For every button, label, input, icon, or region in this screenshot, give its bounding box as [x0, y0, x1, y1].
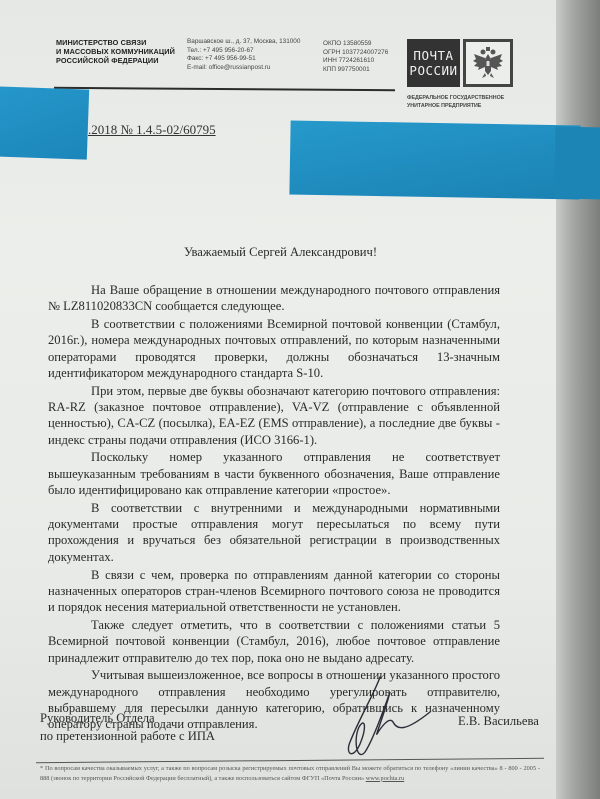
page-edge-shadow — [556, 0, 600, 799]
salutation: Уважаемый Сергей Александрович! — [184, 245, 377, 260]
paragraph: На Ваше обращение в отношении международ… — [48, 282, 500, 315]
signature-icon — [335, 672, 445, 772]
paragraph: В связи с чем, проверка по отправлениям … — [48, 567, 500, 616]
paragraph: Поскольку номер указанного отправления н… — [48, 449, 500, 498]
paragraph: В соответствии с положениями Всемирной п… — [48, 316, 500, 381]
footnote-text: * По вопросам качества оказываемых услуг… — [40, 765, 540, 782]
redaction-tape-right — [289, 120, 580, 199]
letter-body: На Ваше обращение в отношении международ… — [48, 282, 500, 734]
enterprise-type: ФЕДЕРАЛЬНОЕ ГОСУДАРСТВЕННОЕ УНИТАРНОЕ ПР… — [407, 95, 504, 110]
inn-code: ИНН 7724261610 — [323, 57, 388, 66]
fax-line: Факс: +7 495 956-99-51 — [187, 55, 300, 64]
ogrn-code: ОГРН 1037724007276 — [323, 49, 388, 58]
paragraph: Также следует отметить, что в соответств… — [48, 617, 500, 666]
ministry-line: И МАССОВЫХ КОММУНИКАЦИЙ — [56, 47, 175, 56]
double-headed-eagle-icon — [463, 39, 513, 87]
phone-line: Тел.: +7 495 956-20-67 — [187, 47, 300, 56]
logo-line: ПОЧТА — [413, 48, 453, 63]
signer-title: Руководитель Отдела по претензионной раб… — [40, 709, 215, 745]
paragraph: В соответствии с внутренними и междунаро… — [48, 500, 500, 565]
redaction-tape-edge — [554, 127, 600, 200]
signer-name: Е.В. Васильева — [458, 714, 539, 729]
logo-line: РОССИИ — [409, 63, 457, 78]
footnote: * По вопросам качества оказываемых услуг… — [40, 764, 540, 783]
email-line: E-mail: office@russianpost.ru — [187, 64, 300, 73]
ministry-line: РОССИЙСКОЙ ФЕДЕРАЦИИ — [56, 56, 175, 65]
ministry-name: МИНИСТЕРСТВО СВЯЗИ И МАССОВЫХ КОММУНИКАЦ… — [56, 38, 175, 65]
contact-block: Варшавское ш., д. 37, Москва, 131000 Тел… — [187, 38, 300, 73]
redaction-tape-left — [0, 86, 89, 159]
registration-codes: ОКПО 13580559 ОГРН 1037724007276 ИНН 772… — [323, 40, 388, 75]
reference-number: .2018 № 1.4.5-02/60795 — [88, 122, 216, 138]
enterprise-line: ФЕДЕРАЛЬНОЕ ГОСУДАРСТВЕННОЕ — [407, 95, 504, 103]
address-line: Варшавское ш., д. 37, Москва, 131000 — [187, 38, 300, 47]
okpo-code: ОКПО 13580559 — [323, 40, 388, 49]
website-link[interactable]: www.pochta.ru — [366, 775, 404, 782]
russian-post-logo: ПОЧТА РОССИИ — [407, 39, 460, 87]
ministry-line: МИНИСТЕРСТВО СВЯЗИ — [56, 38, 175, 47]
enterprise-line: УНИТАРНОЕ ПРЕДПРИЯТИЕ — [407, 103, 504, 111]
paragraph: При этом, первые две буквы обозначают ка… — [48, 383, 500, 448]
kpp-code: КПП 997750001 — [323, 66, 388, 75]
signer-title-line: по претензионной работе с ИПА — [40, 727, 215, 745]
signer-title-line: Руководитель Отдела — [40, 709, 215, 727]
